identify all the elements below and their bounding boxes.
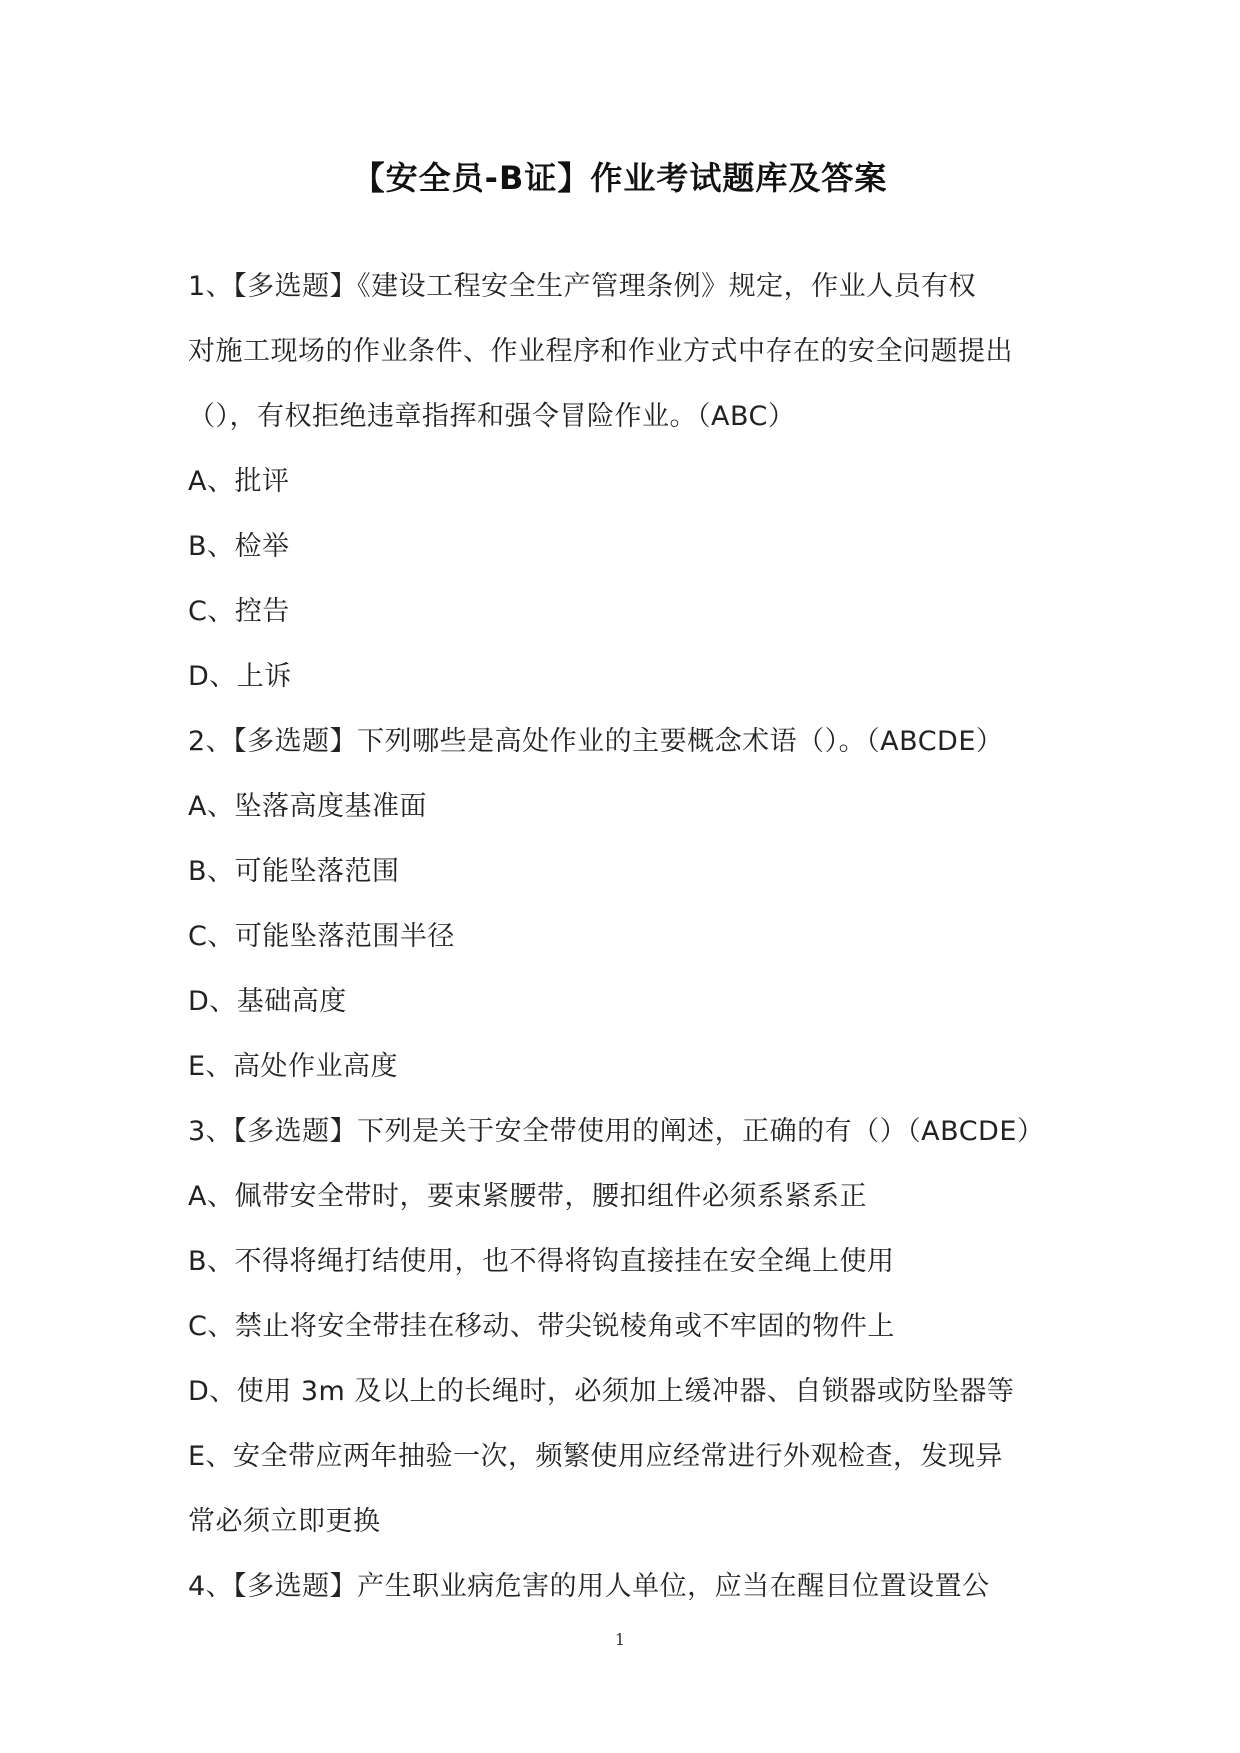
document-title: 【安全员-B证】作业考试题库及答案 <box>0 158 1240 198</box>
question-3-option-d: D、使用 3m 及以上的长绳时，必须加上缓冲器、自锁器或防坠器等 <box>188 1359 1058 1424</box>
question-2-text: 2、【多选题】下列哪些是高处作业的主要概念术语（）。（ABCDE） <box>188 709 1058 774</box>
question-1-line-1: 1、【多选题】《建设工程安全生产管理条例》规定，作业人员有权 <box>188 254 1058 319</box>
document-page: 【安全员-B证】作业考试题库及答案 1、【多选题】《建设工程安全生产管理条例》规… <box>0 0 1240 1753</box>
page-number: 1 <box>0 1630 1240 1649</box>
question-3-option-b: B、不得将绳打结使用，也不得将钩直接挂在安全绳上使用 <box>188 1229 1058 1294</box>
question-2-option-b: B、可能坠落范围 <box>188 839 1058 904</box>
question-1-option-d: D、上诉 <box>188 644 1058 709</box>
question-1-option-a: A、批评 <box>188 449 1058 514</box>
question-3-option-e-line-2: 常必须立即更换 <box>188 1489 1058 1554</box>
question-2-option-a: A、坠落高度基准面 <box>188 774 1058 839</box>
question-3-option-c: C、禁止将安全带挂在移动、带尖锐棱角或不牢固的物件上 <box>188 1294 1058 1359</box>
question-3-option-e-line-1: E、安全带应两年抽验一次，频繁使用应经常进行外观检查，发现异 <box>188 1424 1058 1489</box>
question-1-line-3: （），有权拒绝违章指挥和强令冒险作业。（ABC） <box>188 384 1058 449</box>
question-1-option-b: B、检举 <box>188 514 1058 579</box>
question-3-option-a: A、佩带安全带时，要束紧腰带，腰扣组件必须系紧系正 <box>188 1164 1058 1229</box>
question-1-line-2: 对施工现场的作业条件、作业程序和作业方式中存在的安全问题提出 <box>188 319 1058 384</box>
question-2-option-d: D、基础高度 <box>188 969 1058 1034</box>
question-2-option-c: C、可能坠落范围半径 <box>188 904 1058 969</box>
question-4-line-1: 4、【多选题】产生职业病危害的用人单位，应当在醒目位置设置公 <box>188 1554 1058 1619</box>
question-2-option-e: E、高处作业高度 <box>188 1034 1058 1099</box>
document-body: 1、【多选题】《建设工程安全生产管理条例》规定，作业人员有权 对施工现场的作业条… <box>188 254 1058 1619</box>
question-1-option-c: C、控告 <box>188 579 1058 644</box>
question-3-text: 3、【多选题】下列是关于安全带使用的阐述，正确的有（）（ABCDE） <box>188 1099 1058 1164</box>
